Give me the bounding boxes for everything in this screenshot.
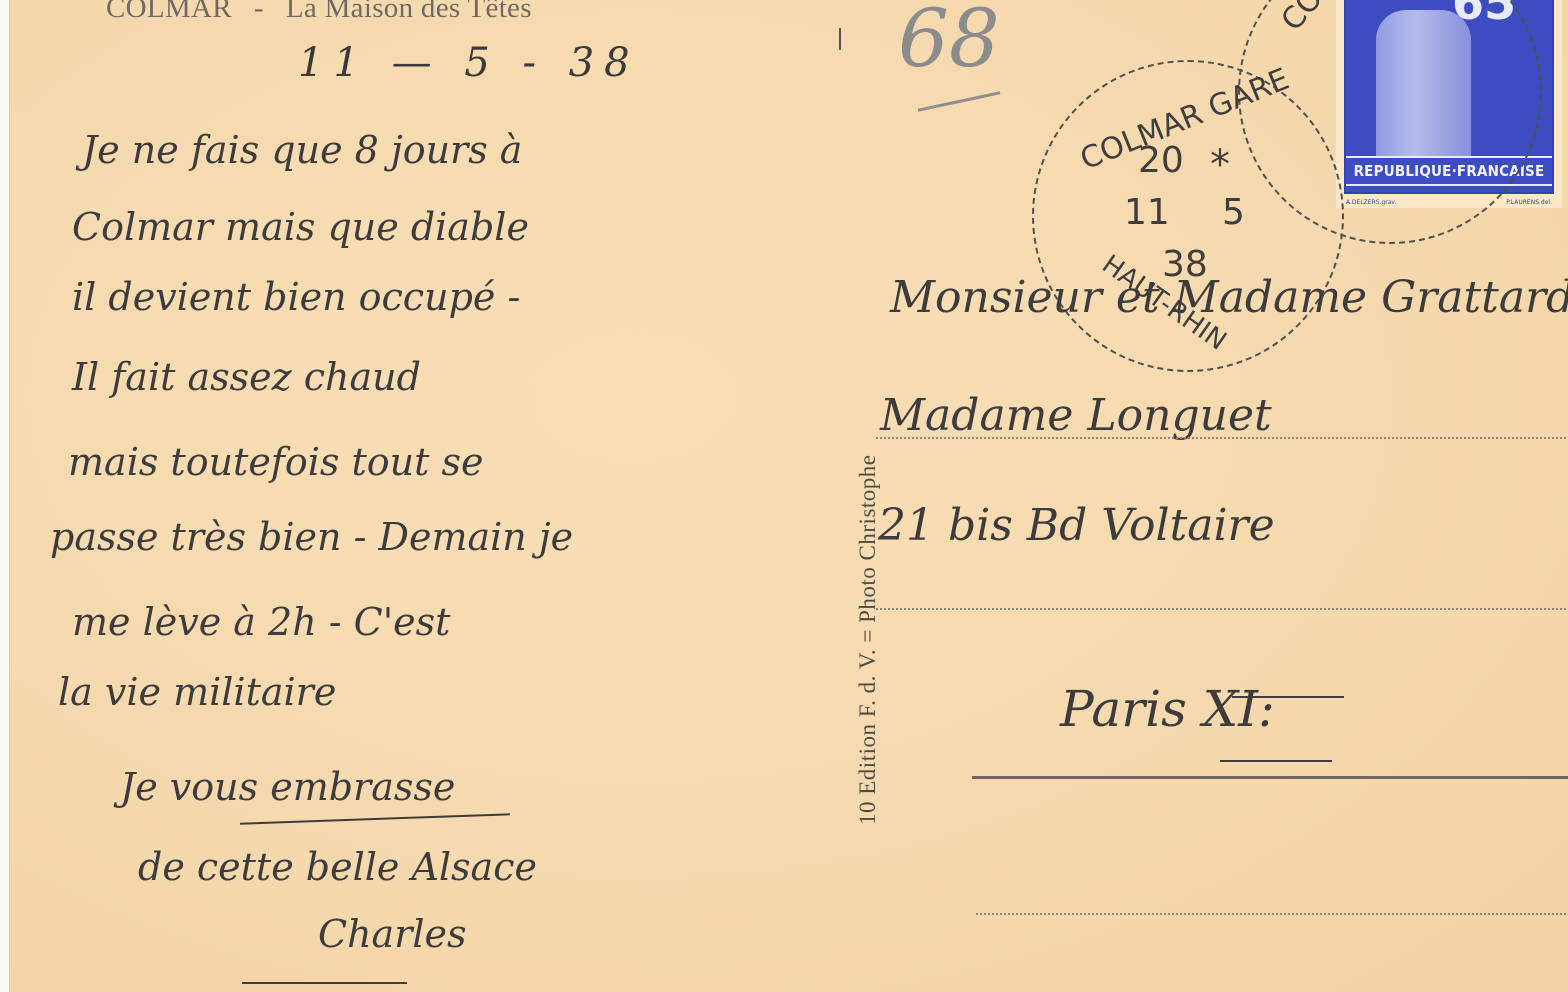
message-line: la vie militaire	[58, 670, 336, 714]
message-line: passe très bien - Demain je	[50, 515, 573, 559]
arrondissement-overline	[1232, 696, 1344, 698]
address-recipient-secondary: Madame Longuet	[880, 390, 1272, 441]
handwritten-date: 11 — 5 - 38	[298, 40, 640, 86]
address-solid-line	[972, 776, 1568, 779]
pencil-annotation: 68	[898, 0, 1000, 85]
address-recipient: Monsieur et Madame Grattard	[890, 272, 1568, 323]
message-line: Je vous embrasse	[120, 765, 455, 809]
message-line: il devient bien occupé -	[72, 275, 520, 319]
message-line: Il fait assez chaud	[72, 355, 421, 399]
caption-separator: -	[254, 0, 264, 24]
address-guide-line	[876, 608, 1568, 610]
postmark-office: COLMAR GARE	[1076, 62, 1295, 177]
message-line: mais toutefois tout se	[68, 440, 483, 484]
postmark-hour: 20	[1138, 140, 1184, 181]
message-line: Colmar mais que diable	[72, 205, 529, 249]
address-street: 21 bis Bd Voltaire	[878, 500, 1275, 551]
address-city: Paris XI:	[1060, 680, 1275, 738]
postmark-fragment: CO	[1275, 0, 1330, 38]
postmark-star-icon: *	[1210, 142, 1230, 188]
address-guide-line	[876, 437, 1568, 439]
caption-title: La Maison des Têtes	[286, 0, 532, 24]
message-line: de cette belle Alsace	[138, 845, 537, 889]
postmark: COLMAR GARE 20 * 11 5 38 HAUT-RHIN	[1032, 60, 1344, 372]
postcard-back: COLMAR-La Maison des Têtes 11 — 5 - 38 J…	[9, 0, 1568, 992]
printed-caption: COLMAR-La Maison des Têtes	[106, 0, 532, 25]
arrondissement-underline	[1220, 760, 1332, 762]
postmark-day: 11	[1124, 192, 1170, 233]
stamp-designer: P.LAURENS.del.	[1506, 199, 1552, 206]
postmark-month: 5	[1222, 192, 1245, 233]
message-line: me lève à 2h - C'est	[72, 600, 450, 644]
signature: Charles	[318, 912, 467, 956]
signature-underline	[242, 982, 407, 984]
divider-tick	[839, 28, 841, 50]
flourish-line	[240, 813, 510, 824]
caption-location: COLMAR	[106, 0, 232, 24]
address-guide-line	[976, 913, 1568, 915]
pencil-underline	[918, 91, 1001, 111]
message-line: Je ne fais que 8 jours à	[82, 128, 522, 172]
